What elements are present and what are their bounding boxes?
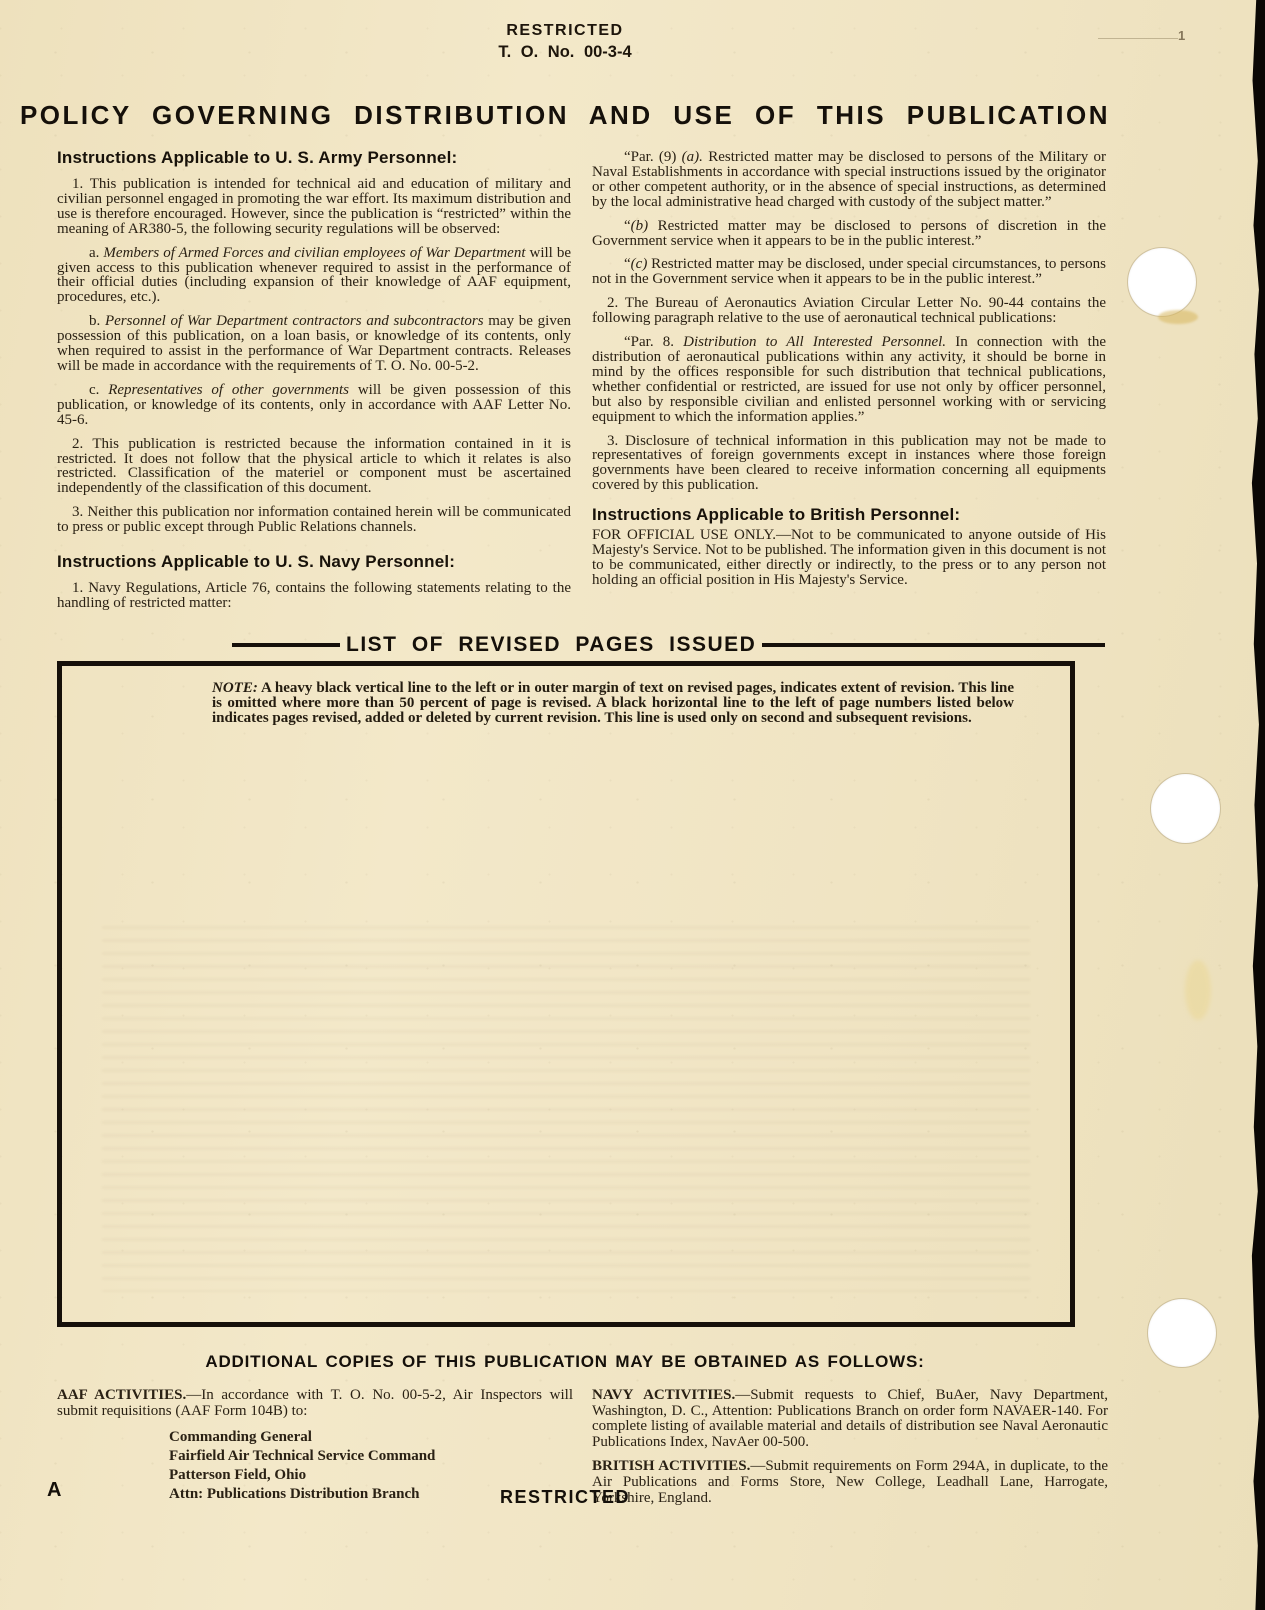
navy-activities-paragraph: NAVY ACTIVITIES.—Submit requests to Chie… (592, 1388, 1108, 1450)
quote-b-rest: Restricted matter may be disclosed to pe… (592, 218, 1106, 249)
heading-rule-left (232, 643, 340, 647)
navy-paragraph-2: 2. The Bureau of Aeronautics Aviation Ci… (592, 296, 1106, 326)
punch-hole (1128, 248, 1196, 316)
revision-note: NOTE: A heavy black vertical line to the… (212, 681, 1014, 727)
classification-top: RESTRICTED (0, 22, 1130, 40)
army-item-c-prefix: c. (89, 382, 108, 398)
quote-par8-prefix: “Par. 8. (624, 334, 683, 350)
revised-pages-box: NOTE: A heavy black vertical line to the… (57, 661, 1075, 1327)
note-body: A heavy black vertical line to the left … (212, 680, 1014, 726)
british-section-heading: Instructions Applicable to British Perso… (592, 505, 1106, 524)
quote-c-prefix: “ (624, 256, 631, 272)
army-paragraph-1: 1. This publication is intended for tech… (57, 177, 571, 237)
punch-hole (1151, 774, 1220, 843)
navy-quote-par9a: “Par. (9) (a). Restricted matter may be … (592, 150, 1106, 210)
army-item-c: c. Representatives of other governments … (57, 383, 571, 428)
british-paragraph: FOR OFFICIAL USE ONLY.—Not to be communi… (592, 528, 1106, 588)
army-item-b-prefix: b. (89, 313, 105, 329)
quote-a-italic: (a). (682, 149, 703, 165)
address-line: Patterson Field, Ohio (169, 1466, 573, 1485)
army-item-b: b. Personnel of War Department contracto… (57, 314, 571, 374)
navy-paragraph-3: 3. Disclosure of technical information i… (592, 434, 1106, 494)
corner-page-mark: 1 (1178, 28, 1185, 43)
army-paragraph-2: 2. This publication is restricted becaus… (57, 437, 571, 497)
classification-bottom: RESTRICTED (0, 1487, 1130, 1508)
quote-par8-italic: Distribution to All Interested Personnel… (683, 334, 946, 350)
page-bleedthrough (102, 916, 1030, 1292)
additional-copies-heading: ADDITIONAL COPIES OF THIS PUBLICATION MA… (0, 1352, 1130, 1372)
army-item-a: a. Members of Armed Forces and civilian … (57, 246, 571, 306)
punch-hole (1148, 1299, 1216, 1367)
army-section-heading: Instructions Applicable to U. S. Army Pe… (57, 148, 571, 167)
heading-rule-right (762, 643, 1105, 647)
quote-c-italic: (c) (631, 256, 648, 272)
navy-paragraph-1: 1. Navy Regulations, Article 76, contain… (57, 581, 571, 611)
revised-pages-label: LIST OF REVISED PAGES ISSUED (340, 633, 762, 657)
quote-c-rest: Restricted matter may be disclosed, unde… (592, 256, 1106, 287)
document-page: RESTRICTED T. O. No. 00-3-4 1 POLICY GOV… (0, 0, 1265, 1610)
paper-smudge (1158, 310, 1198, 324)
aaf-activities-paragraph: AAF ACTIVITIES.—In accordance with T. O.… (57, 1388, 573, 1419)
navy-quote-c: “(c) Restricted matter may be disclosed,… (592, 257, 1106, 287)
army-paragraph-3: 3. Neither this publication nor informat… (57, 505, 571, 535)
quote-b-italic: (b) (631, 218, 649, 234)
revised-pages-heading: LIST OF REVISED PAGES ISSUED (232, 633, 1105, 657)
left-column: Instructions Applicable to U. S. Army Pe… (57, 148, 571, 620)
address-line: Fairfield Air Technical Service Command (169, 1447, 573, 1466)
address-line: Commanding General (169, 1428, 573, 1447)
page-header: RESTRICTED T. O. No. 00-3-4 (0, 22, 1130, 62)
navy-section-heading: Instructions Applicable to U. S. Navy Pe… (57, 552, 571, 571)
army-item-a-italic: Members of Armed Forces and civilian emp… (103, 245, 525, 261)
quote-a-prefix: “Par. (9) (624, 149, 682, 165)
army-item-c-italic: Representatives of other governments (108, 382, 349, 398)
aaf-activities-lead: AAF ACTIVITIES. (57, 1387, 186, 1403)
paper-stain (1185, 960, 1211, 1020)
navy-quote-par8: “Par. 8. Distribution to All Interested … (592, 335, 1106, 424)
right-column: “Par. (9) (a). Restricted matter may be … (592, 150, 1106, 588)
army-item-a-prefix: a. (89, 245, 103, 261)
torn-page-edge (1249, 0, 1265, 1610)
army-item-b-italic: Personnel of War Department contractors … (105, 313, 484, 329)
navy-activities-lead: NAVY ACTIVITIES. (592, 1387, 735, 1403)
navy-quote-b: “(b) Restricted matter may be disclosed … (592, 219, 1106, 249)
page-title: POLICY GOVERNING DISTRIBUTION AND USE OF… (0, 100, 1130, 131)
quote-b-prefix: “ (624, 218, 631, 234)
british-activities-lead: BRITISH ACTIVITIES. (592, 1458, 750, 1474)
scan-artifact-line (1098, 38, 1178, 39)
technical-order-number: T. O. No. 00-3-4 (0, 43, 1130, 62)
note-label: NOTE: (212, 680, 258, 696)
